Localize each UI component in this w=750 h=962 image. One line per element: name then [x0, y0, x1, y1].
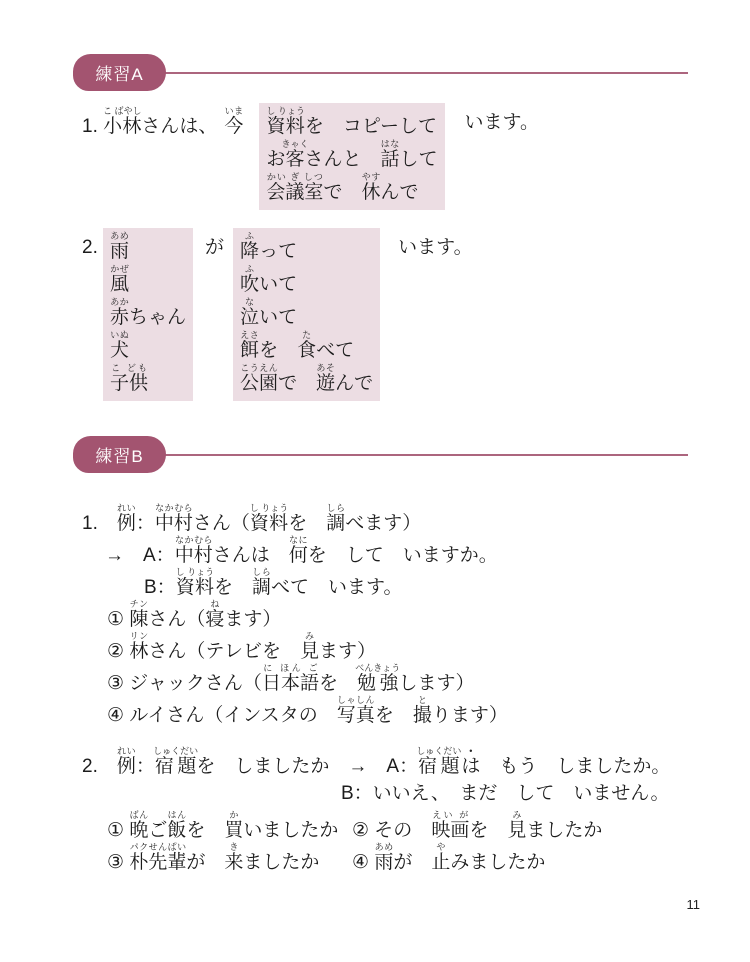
exercise-b2: 2. 例れい：宿題しゅくだいを しましたか → A：宿題しゅくだいは• もう し…: [82, 746, 670, 874]
exercise-a1-option: 会議室かい ぎ しつで 休やすんで: [266, 172, 437, 205]
exercise-b1-item-3: ③ ジャックさん（日本語に ほん ごを 勉強べんきょうします）: [107, 663, 508, 695]
exercise-a2-subjects-box: 雨あめ 風かぜ 赤あかちゃん 犬いぬ 子供こ ども: [103, 228, 193, 401]
exercise-a2-predicate: 吹ふいて: [240, 264, 373, 297]
exercise-b1: 1. 例れい：中村なかむらさん（資料し りょうを 調しらべます） → A：中村な…: [82, 503, 508, 727]
exercise-a2: 2. 雨あめ 風かぜ 赤あかちゃん 犬いぬ 子供こ ども が 降ふって 吹ふいて…: [82, 228, 473, 401]
section-a-header: 練習A: [73, 54, 688, 91]
exercise-b1-answer-a: → A：中村なかむらさんは 何なにを して いますか。: [105, 535, 508, 567]
exercise-b2-item-1: ① 晩ばんご飯はんを 買かいましたか: [107, 810, 352, 842]
exercise-a2-subject: 犬いぬ: [110, 330, 186, 363]
exercise-b2-item-3: ③ 朴先輩パクせんぱいが 来きましたか: [107, 842, 352, 874]
exercise-a2-predicate: 降ふって: [240, 231, 373, 264]
exercise-a1-option: 資料し りょうを コピーして: [266, 106, 437, 139]
section-b-badge: 練習B: [73, 436, 166, 473]
section-b-header: 練習B: [73, 436, 688, 473]
exercise-a2-particle: が: [205, 231, 224, 264]
exercise-a2-subject: 雨あめ: [110, 231, 186, 264]
section-a-rule: [163, 72, 688, 74]
exercise-b2-answer-b: B：いいえ、 まだ して いません。: [341, 778, 670, 810]
exercise-b1-item-4: ④ ルイさん（インスタの 写真しゃしんを 撮とります）: [107, 695, 508, 727]
exercise-a1-options-box: 資料し りょうを コピーして お客きゃくさんと 話はなして 会議室かい ぎ しつ…: [259, 103, 444, 210]
exercise-a2-number: 2.: [82, 231, 103, 264]
page-number: 11: [687, 897, 701, 912]
exercise-b1-example: 1. 例れい：中村なかむらさん（資料し りょうを 調しらべます）: [82, 503, 508, 535]
exercise-a2-subject: 風かぜ: [110, 264, 186, 297]
exercise-b2-item-2: ② その 映画えい がを 見みましたか: [352, 810, 602, 842]
exercise-a2-predicate: 公園こうえんで 遊あそんで: [240, 363, 373, 396]
exercise-a1: 1. 小林こ ばやしさんは、 今いま 資料し りょうを コピーして お客きゃくさ…: [82, 103, 539, 210]
exercise-a1-suffix: います。: [465, 106, 539, 139]
exercise-a2-predicates-box: 降ふって 吹ふいて 泣ないて 餌えさを 食たべて 公園こうえんで 遊あそんで: [233, 228, 380, 401]
exercise-a2-subject: 赤あかちゃん: [110, 297, 186, 330]
exercise-a1-adverb: 今いま: [224, 106, 243, 139]
exercise-a1-lead: 1. 小林こ ばやしさんは、: [82, 106, 217, 139]
exercise-b2-items-row-1: ① 晩ばんご飯はんを 買かいましたか ② その 映画えい がを 見みましたか: [107, 810, 670, 842]
exercise-a1-option: お客きゃくさんと 話はなして: [266, 139, 437, 172]
textbook-page: 練習A 1. 小林こ ばやしさんは、 今いま 資料し りょうを コピーして お客…: [0, 0, 750, 962]
exercise-b2-example: 2. 例れい：宿題しゅくだいを しましたか → A：宿題しゅくだいは• もう し…: [82, 746, 670, 778]
exercise-a2-predicate: 餌えさを 食たべて: [240, 330, 373, 363]
section-b-rule: [163, 454, 688, 456]
exercise-a2-subject: 子供こ ども: [110, 363, 186, 396]
section-a-badge: 練習A: [73, 54, 166, 91]
exercise-a2-suffix: います。: [398, 231, 472, 264]
exercise-a2-predicate: 泣ないて: [240, 297, 373, 330]
exercise-b1-item-2: ② 林リンさん（テレビを 見みます）: [107, 631, 508, 663]
exercise-b2-item-4: ④ 雨あめが 止やみましたか: [352, 842, 545, 874]
